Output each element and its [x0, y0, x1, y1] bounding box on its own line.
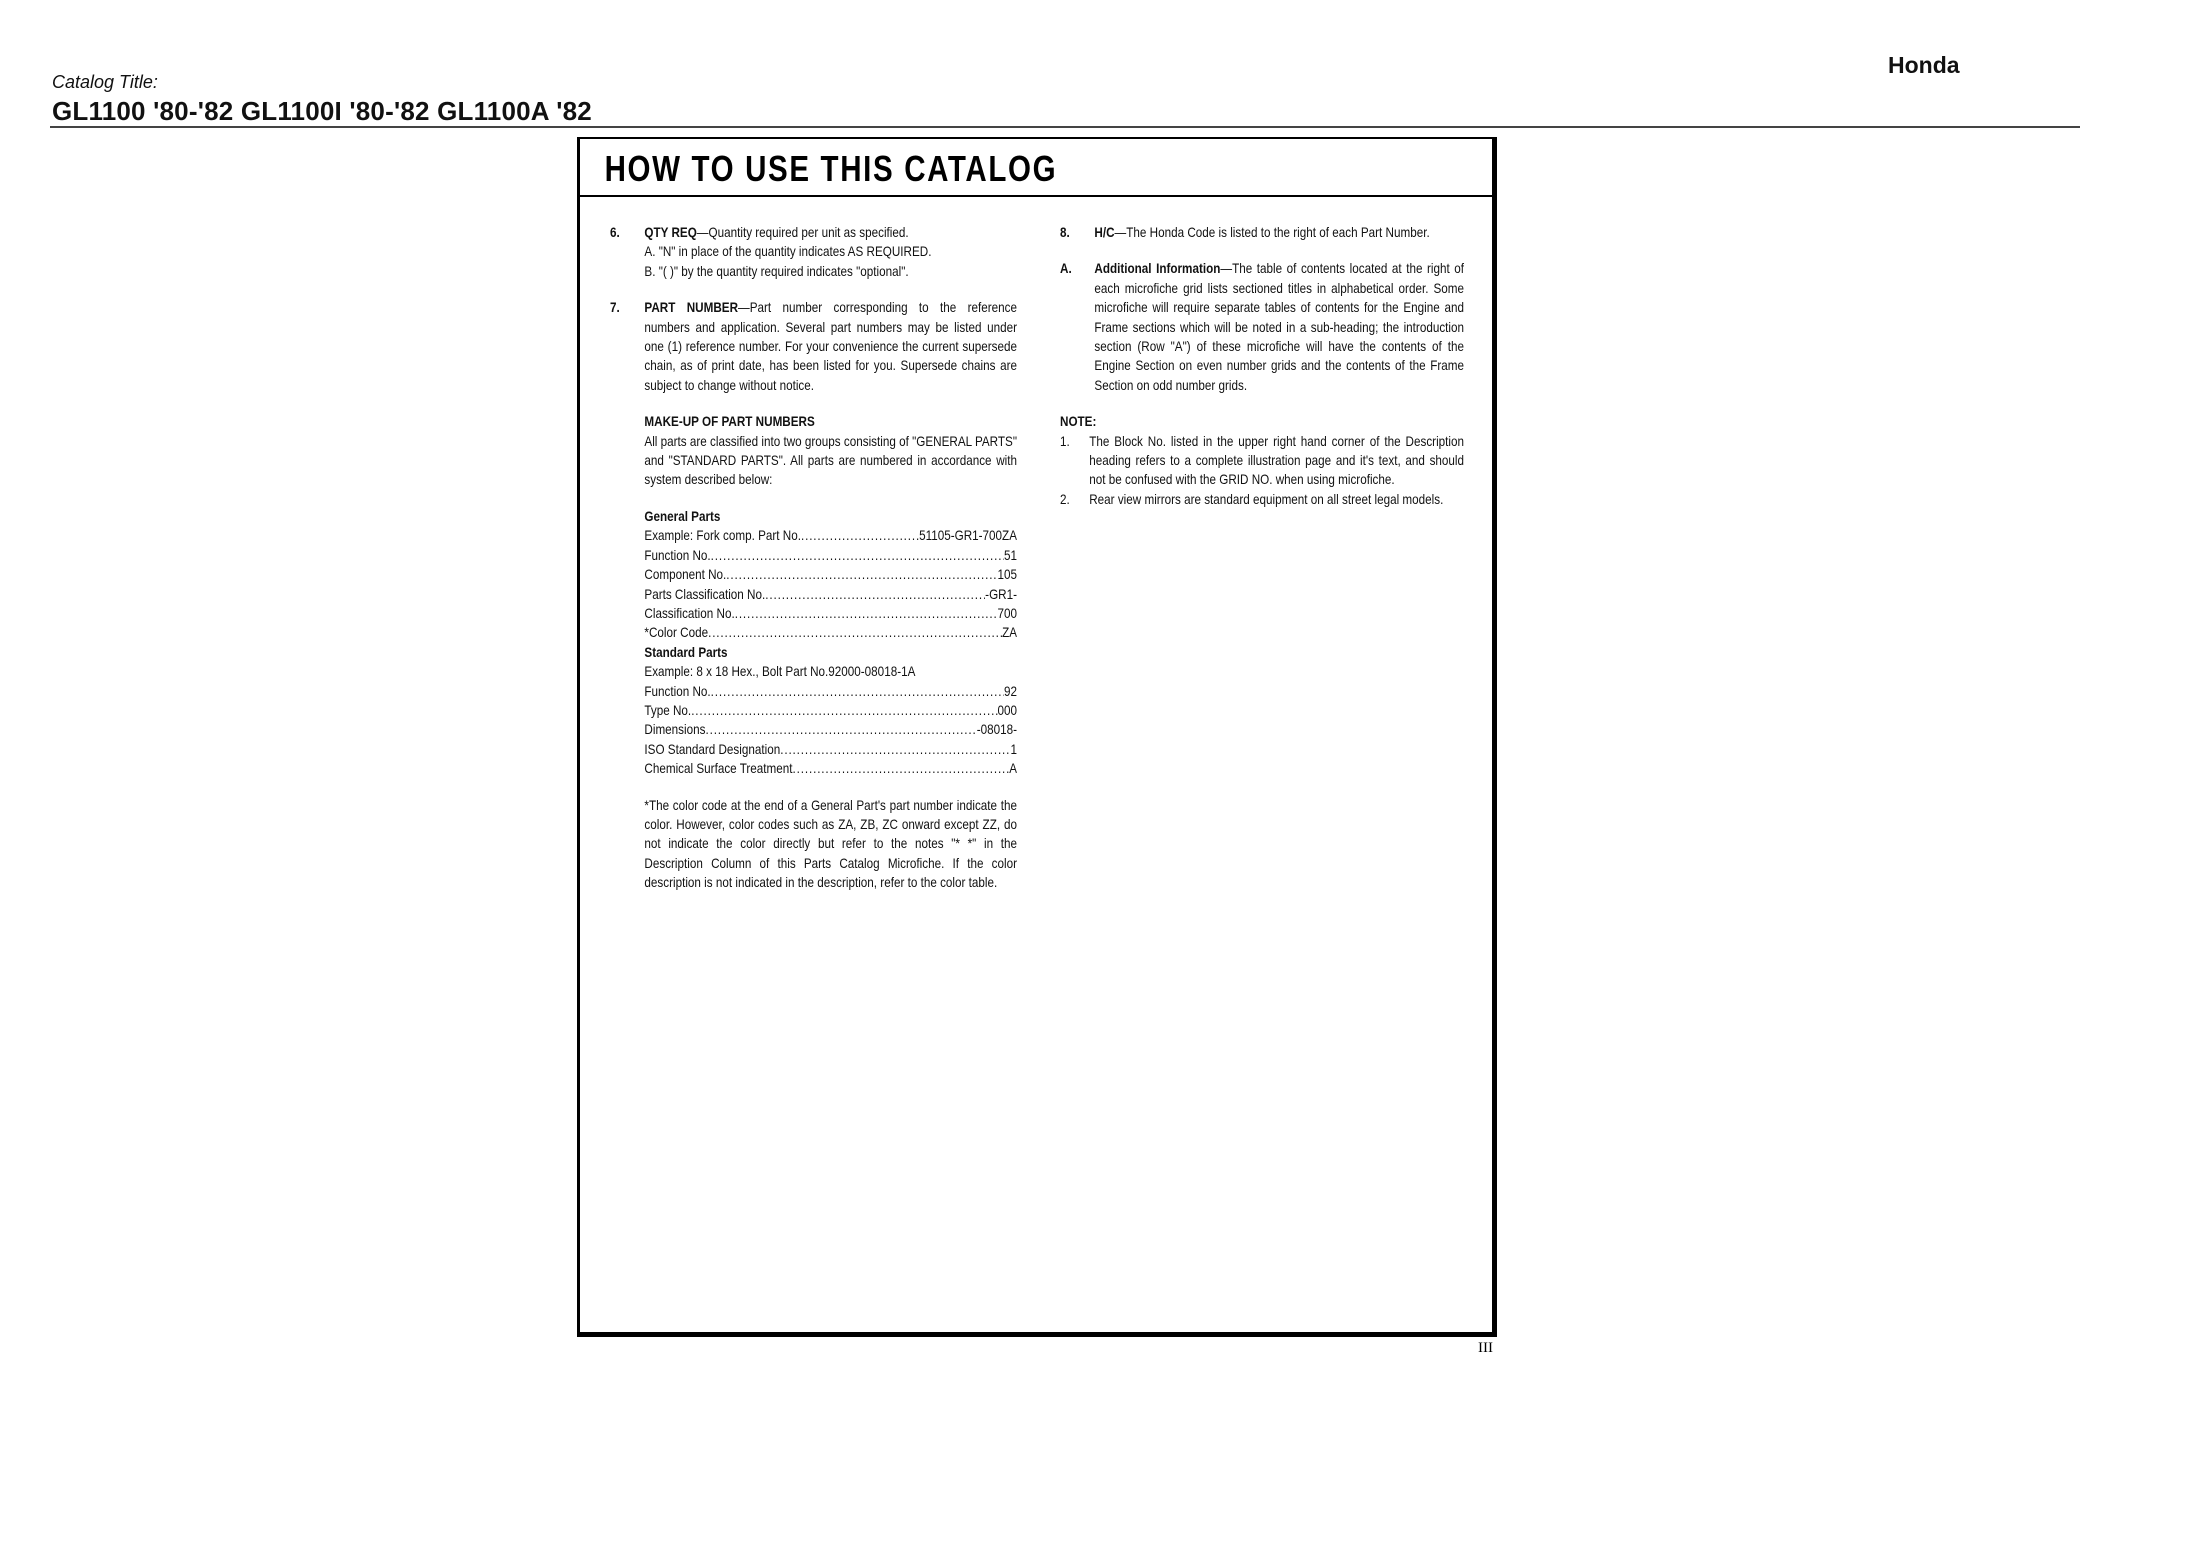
row-label: Function No.	[644, 682, 710, 701]
page-number: III	[1478, 1340, 1493, 1357]
item-number: 7.	[610, 298, 644, 395]
part-number-row: Function No. 92	[644, 682, 1017, 701]
item-text: —Quantity required per unit as specified…	[697, 225, 909, 240]
item-additional-information: A. Additional Information—The table of c…	[1060, 259, 1464, 395]
leader-dots	[780, 740, 1010, 759]
standard-parts-list: Function No. 92Type No. 000Dimensions -0…	[644, 682, 1017, 779]
note-heading: NOTE:	[1060, 412, 1464, 431]
note-item: 2. Rear view mirrors are standard equipm…	[1060, 490, 1464, 509]
item-hc: 8. H/C—The Honda Code is listed to the r…	[1060, 223, 1464, 242]
leader-dots	[793, 759, 1010, 778]
item-text: —The table of contents located at the ri…	[1094, 261, 1464, 392]
leader-dots	[711, 546, 1004, 565]
row-label: Parts Classification No.	[644, 585, 765, 604]
leader-dots	[735, 604, 998, 623]
catalog-page: HOW TO USE THIS CATALOG 6. QTY REQ—Quant…	[577, 137, 1497, 1337]
item-text: —The Honda Code is listed to the right o…	[1115, 225, 1430, 240]
part-number-row: Example: Fork comp. Part No. 51105-GR1-7…	[644, 526, 1017, 545]
general-parts-list: Example: Fork comp. Part No. 51105-GR1-7…	[644, 526, 1017, 642]
page-title: HOW TO USE THIS CATALOG	[580, 139, 1328, 187]
item-term: H/C	[1094, 225, 1114, 240]
row-label: Component No.	[644, 565, 726, 584]
row-value: 105	[997, 565, 1017, 584]
item-sub-b: B. "( )" by the quantity required indica…	[644, 264, 908, 279]
part-number-row: Parts Classification No. -GR1-	[644, 585, 1017, 604]
leader-dots	[711, 682, 1004, 701]
brand-name: Honda	[1888, 52, 1960, 79]
row-label: ISO Standard Designation	[644, 740, 780, 759]
leader-dots	[726, 565, 997, 584]
part-number-row: Type No. 000	[644, 701, 1017, 720]
part-number-row: Chemical Surface TreatmentA	[644, 759, 1017, 778]
title-band: HOW TO USE THIS CATALOG	[580, 139, 1492, 197]
catalog-label: Catalog Title:	[52, 72, 158, 93]
general-parts-heading: General Parts	[644, 507, 1017, 526]
part-number-row: Function No. 51	[644, 546, 1017, 565]
row-label: Example: Fork comp. Part No.	[644, 526, 801, 545]
part-number-row: Dimensions -08018-	[644, 720, 1017, 739]
item-part-number: 7. PART NUMBER—Part number corresponding…	[610, 298, 1017, 395]
row-value: ZA	[1002, 623, 1017, 642]
standard-parts-heading: Standard Parts	[644, 643, 1017, 662]
row-label: *Color Code	[644, 623, 708, 642]
makeup-text: All parts are classified into two groups…	[644, 432, 1017, 490]
leader-dots	[801, 526, 919, 545]
note-number: 2.	[1060, 490, 1089, 509]
row-value: 92	[1004, 682, 1017, 701]
item-qty-req: 6. QTY REQ—Quantity required per unit as…	[610, 223, 1017, 281]
leader-dots	[708, 623, 1002, 642]
standard-parts-example: Example: 8 x 18 Hex., Bolt Part No.92000…	[644, 662, 1017, 681]
part-number-row: *Color Code ZA	[644, 623, 1017, 642]
row-label: Function No.	[644, 546, 710, 565]
row-value: -GR1-	[985, 585, 1017, 604]
left-column: 6. QTY REQ—Quantity required per unit as…	[610, 223, 1018, 910]
catalog-title: GL1100 '80-'82 GL1100I '80-'82 GL1100A '…	[52, 96, 592, 127]
row-label: Type No.	[644, 701, 691, 720]
item-number: 8.	[1060, 223, 1094, 242]
item-number: 6.	[610, 223, 644, 281]
item-number: A.	[1060, 259, 1094, 395]
leader-dots	[691, 701, 997, 720]
note-text: Rear view mirrors are standard equipment…	[1089, 490, 1464, 509]
row-value: -08018-	[977, 720, 1017, 739]
color-code-note: *The color code at the end of a General …	[644, 796, 1017, 893]
item-term: Additional Information	[1094, 261, 1220, 276]
note-text: The Block No. listed in the upper right …	[1089, 432, 1464, 490]
row-value: 51	[1004, 546, 1017, 565]
item-term: PART NUMBER	[644, 300, 738, 315]
item-term: QTY REQ	[644, 225, 696, 240]
leader-dots	[765, 585, 985, 604]
note-item: 1. The Block No. listed in the upper rig…	[1060, 432, 1464, 490]
row-value: A	[1009, 759, 1017, 778]
row-label: Classification No.	[644, 604, 734, 623]
item-sub-a: A. "N" in place of the quantity indicate…	[644, 244, 931, 259]
row-value: 000	[997, 701, 1017, 720]
row-label: Dimensions	[644, 720, 705, 739]
part-number-row: Component No. 105	[644, 565, 1017, 584]
header-divider	[50, 126, 2080, 128]
leader-dots	[705, 720, 976, 739]
note-number: 1.	[1060, 432, 1089, 490]
row-label: Chemical Surface Treatment	[644, 759, 792, 778]
part-number-row: ISO Standard Designation1	[644, 740, 1017, 759]
row-value: 700	[997, 604, 1017, 623]
right-column: 8. H/C—The Honda Code is listed to the r…	[1060, 223, 1465, 509]
row-value: 1	[1011, 740, 1018, 759]
row-value: 51105-GR1-700ZA	[919, 526, 1017, 545]
makeup-heading: MAKE-UP OF PART NUMBERS	[644, 412, 1017, 431]
part-number-row: Classification No. 700	[644, 604, 1017, 623]
